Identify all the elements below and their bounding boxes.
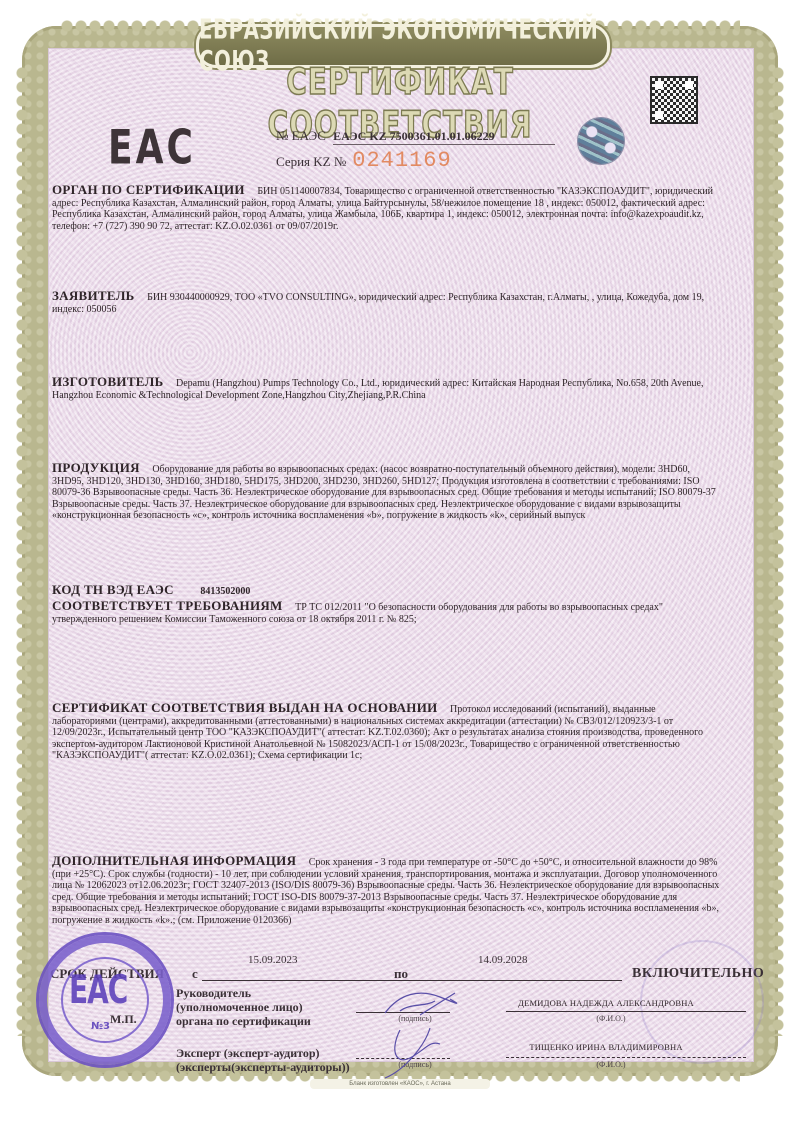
section-basis: СЕРТИФИКАТ СООТВЕТСТВИЯ ВЫДАН НА ОСНОВАН… <box>52 702 720 762</box>
validity-to-date: 14.09.2028 <box>478 954 528 966</box>
validity-from-date: 15.09.2023 <box>248 954 298 966</box>
head-name-caption: (Ф.И.О.) <box>586 1014 636 1023</box>
section-heading: ДОПОЛНИТЕЛЬНАЯ ИНФОРМАЦИЯ <box>52 853 296 868</box>
validity-from-label: с <box>192 966 198 982</box>
eac-letter: А <box>136 122 164 175</box>
stamp-number: №3 <box>91 1021 110 1032</box>
role-line: органа по сертификации <box>176 1014 311 1028</box>
expert-name: ТИЩЕНКО ИРИНА ВЛАДИМИРОВНА <box>506 1042 706 1052</box>
eac-letter: Е <box>108 122 133 175</box>
head-name-line <box>506 1011 746 1012</box>
tn-ved-code-value: 8413502000 <box>200 586 250 597</box>
frame-scallop-right <box>772 66 784 1036</box>
head-name: ДЕМИДОВА НАДЕЖДА АЛЕКСАНДРОВНА <box>506 998 706 1008</box>
series-row: Серия KZ № 0241169 <box>276 148 452 173</box>
expert-name-caption: (Ф.И.О.) <box>586 1060 636 1069</box>
expert-role: Эксперт (эксперт-аудитор) (эксперты(эксп… <box>176 1046 350 1074</box>
series-label: Серия KZ № <box>276 154 346 170</box>
section-requirements: СООТВЕТСТВУЕТ ТРЕБОВАНИЯМ ТР ТС 012/2011… <box>52 600 720 625</box>
registration-number: ЕАЭС KZ 7500361.01.01.06229 <box>333 129 555 145</box>
section-tn-ved-code: КОД ТН ВЭД ЕАЭС 8413502000 <box>52 584 720 598</box>
section-heading: КОД ТН ВЭД ЕАЭС <box>52 582 174 597</box>
stamp-eac-text: ЕАС <box>69 966 127 1012</box>
role-line: Руководитель <box>176 986 311 1000</box>
registration-number-row: № ЕАЭС ЕАЭС KZ 7500361.01.01.06229 <box>276 128 555 144</box>
role-line: (уполномоченное лицо) <box>176 1000 311 1014</box>
hologram-icon <box>578 118 624 164</box>
eac-logo-icon: Е А С <box>108 128 193 169</box>
section-certification-body: ОРГАН ПО СЕРТИФИКАЦИИ БИН 051140007834, … <box>52 184 720 232</box>
registration-label: № ЕАЭС <box>276 128 326 143</box>
expert-name-line <box>506 1057 746 1058</box>
blank-manufacturer-note: Бланк изготовлен «КАОС», г. Астана <box>310 1079 490 1089</box>
section-additional-info: ДОПОЛНИТЕЛЬНАЯ ИНФОРМАЦИЯ Срок хранения … <box>52 855 720 926</box>
qr-code-icon[interactable] <box>650 76 698 124</box>
section-text: БИН 930440000929, ТОО «TVO CONSULTING», … <box>52 292 704 315</box>
eac-letter: С <box>166 122 192 175</box>
head-role: Руководитель (уполномоченное лицо) орган… <box>176 986 311 1028</box>
validity-to-line <box>414 980 622 981</box>
expert-signature-icon <box>370 1020 460 1080</box>
section-text: Оборудование для работы во взрывоопасных… <box>52 464 716 521</box>
section-heading: СЕРТИФИКАТ СООТВЕТСТВИЯ ВЫДАН НА ОСНОВАН… <box>52 700 438 715</box>
section-heading: ПРОДУКЦИЯ <box>52 460 140 475</box>
stamp-place-label: М.П. <box>110 1012 137 1027</box>
frame-scallop-left <box>16 66 28 1036</box>
head-signature-icon <box>380 985 470 1025</box>
role-line: (эксперты(эксперты-аудиторы)) <box>176 1060 350 1074</box>
section-product: ПРОДУКЦИЯ Оборудование для работы во взр… <box>52 462 720 522</box>
eac-stamp-icon: ЕАС №3 <box>36 932 174 1068</box>
section-applicant: ЗАЯВИТЕЛЬ БИН 930440000929, ТОО «TVO CON… <box>52 290 720 315</box>
role-line: Эксперт (эксперт-аудитор) <box>176 1046 350 1060</box>
section-manufacturer: ИЗГОТОВИТЕЛЬ Depamu (Hangzhou) Pumps Tec… <box>52 376 720 401</box>
section-heading: ОРГАН ПО СЕРТИФИКАЦИИ <box>52 182 245 197</box>
section-heading: ИЗГОТОВИТЕЛЬ <box>52 374 163 389</box>
series-number: 0241169 <box>352 148 451 173</box>
section-heading: ЗАЯВИТЕЛЬ <box>52 288 135 303</box>
section-heading: СООТВЕТСТВУЕТ ТРЕБОВАНИЯМ <box>52 598 283 613</box>
validity-to-label: по <box>394 966 408 982</box>
